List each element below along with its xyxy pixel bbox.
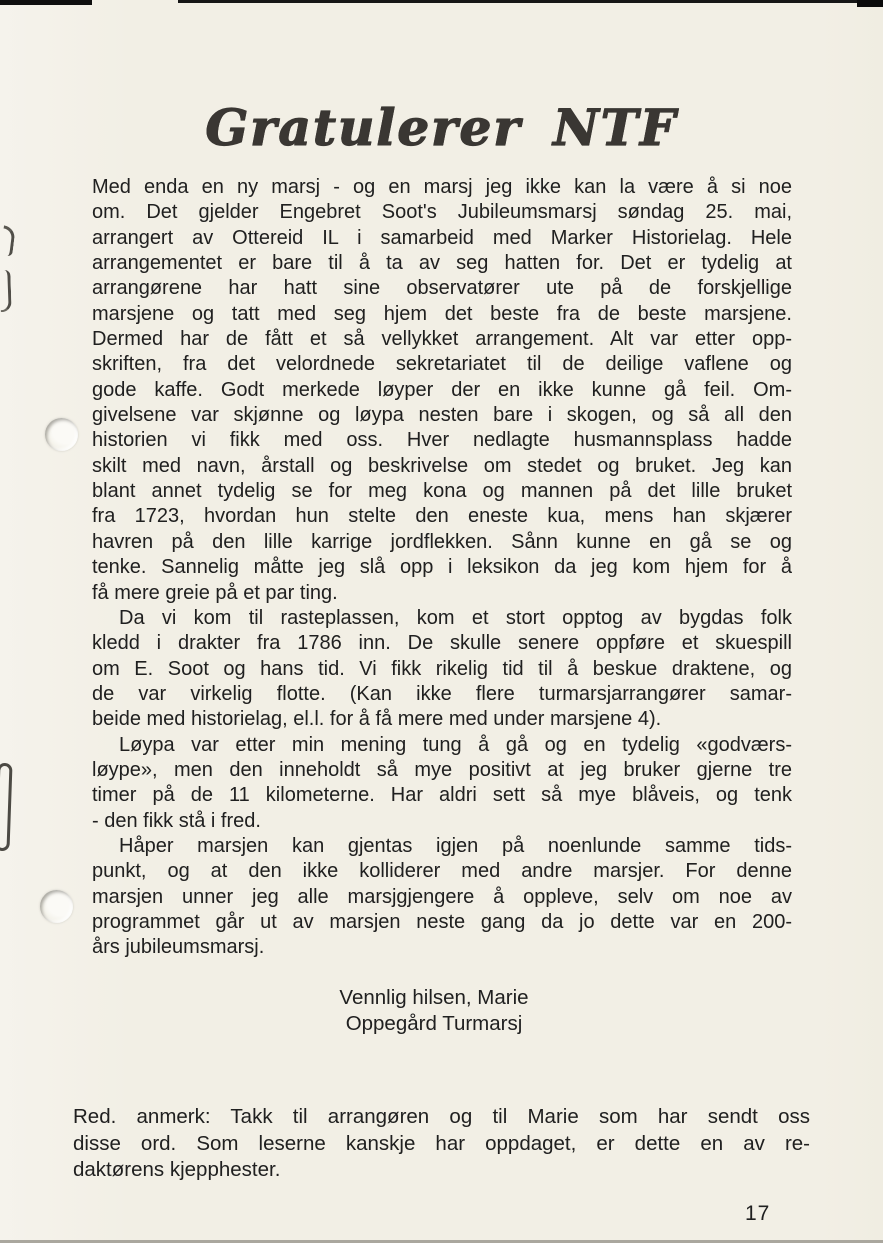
text-line: skriften, fra det velordnede sekretariat… bbox=[92, 352, 792, 377]
hole-punch bbox=[45, 418, 78, 451]
text-line: disse ord. Som leserne kanskje har oppda… bbox=[73, 1131, 810, 1158]
text-line: timer på de 11 kilometerne. Har aldri se… bbox=[92, 783, 792, 808]
hole-punch bbox=[40, 890, 73, 923]
signature-line: Vennlig hilsen, Marie bbox=[84, 985, 784, 1011]
text-line: arrangementet er bare til å ta av seg ha… bbox=[92, 251, 792, 276]
text-line: arrangørene har hatt sine observatører u… bbox=[92, 276, 792, 301]
binding-wire-mark bbox=[0, 225, 16, 256]
text-line: Red. anmerk: Takk til arrangøren og til … bbox=[73, 1104, 810, 1131]
binding-wire-mark bbox=[0, 763, 13, 851]
text-line: daktørens kjepphester. bbox=[73, 1157, 810, 1184]
signature-line: Oppegård Turmarsj bbox=[84, 1011, 784, 1037]
text-line: tenke. Sannelig måtte jeg slå opp i leks… bbox=[92, 555, 792, 580]
paragraph: Med enda en ny marsj - og en marsj jeg i… bbox=[92, 175, 792, 606]
text-line: gode kaffe. Godt merkede løyper der en i… bbox=[92, 378, 792, 403]
text-line: historien vi fikk med oss. Hver nedlagte… bbox=[92, 428, 792, 453]
scan-edge-top bbox=[178, 0, 883, 3]
text-line: Med enda en ny marsj - og en marsj jeg i… bbox=[92, 175, 792, 200]
text-line: Løypa var etter min mening tung å gå og … bbox=[92, 733, 792, 758]
text-line: få mere greie på et par ting. bbox=[92, 581, 792, 606]
text-line: Håper marsjen kan gjentas igjen på noenl… bbox=[92, 834, 792, 859]
article-body: Med enda en ny marsj - og en marsj jeg i… bbox=[92, 175, 792, 961]
text-line: fra 1723, hvordan hun stelte den eneste … bbox=[92, 504, 792, 529]
text-line: om. Det gjelder Engebret Soot's Jubileum… bbox=[92, 200, 792, 225]
text-line: programmet går ut av marsjen neste gang … bbox=[92, 910, 792, 935]
text-line: marsjen unner jeg alle marsjgjengere å o… bbox=[92, 885, 792, 910]
paragraph: Da vi kom til rasteplassen, kom et stort… bbox=[92, 606, 792, 733]
text-line: Dermed har de fått et så vellykket arran… bbox=[92, 327, 792, 352]
text-line: punkt, og at den ikke kolliderer med and… bbox=[92, 859, 792, 884]
scan-edge-top-right bbox=[857, 0, 883, 7]
text-line: Da vi kom til rasteplassen, kom et stort… bbox=[92, 606, 792, 631]
text-line: blant annet tydelig se for meg kona og m… bbox=[92, 479, 792, 504]
text-line: kledd i drakter fra 1786 inn. De skulle … bbox=[92, 631, 792, 656]
text-line: givelsene var skjønne og løypa nesten ba… bbox=[92, 403, 792, 428]
text-line: arrangert av Ottereid IL i samarbeid med… bbox=[92, 226, 792, 251]
paragraph: Løypa var etter min mening tung å gå og … bbox=[92, 733, 792, 834]
text-line: havren på den lille karrige jordflekken.… bbox=[92, 530, 792, 555]
paragraph: Håper marsjen kan gjentas igjen på noenl… bbox=[92, 834, 792, 961]
text-line: om E. Soot og hans tid. Vi fikk rikelig … bbox=[92, 657, 792, 682]
article-title: Gratulerer NTF bbox=[0, 96, 883, 160]
text-line: skilt med navn, årstall og beskrivelse o… bbox=[92, 454, 792, 479]
text-line: løype», men den inneholdt så mye positiv… bbox=[92, 758, 792, 783]
editor-note: Red. anmerk: Takk til arrangøren og til … bbox=[73, 1104, 810, 1184]
scan-edge-top-left bbox=[0, 0, 92, 5]
scanned-page: Gratulerer NTF Med enda en ny marsj - og… bbox=[0, 0, 883, 1243]
text-line: - den fikk stå i fred. bbox=[92, 809, 792, 834]
signature: Vennlig hilsen, MarieOppegård Turmarsj bbox=[84, 985, 784, 1037]
binding-wire-mark bbox=[0, 270, 12, 312]
text-line: års jubileumsmarsj. bbox=[92, 935, 792, 960]
text-line: marsjene og tatt med seg hjem det beste … bbox=[92, 302, 792, 327]
page-number: 17 bbox=[745, 1202, 770, 1226]
text-line: de var virkelig flotte. (Kan ikke flere … bbox=[92, 682, 792, 707]
text-line: beide med historielag, el.l. for å få me… bbox=[92, 707, 792, 732]
